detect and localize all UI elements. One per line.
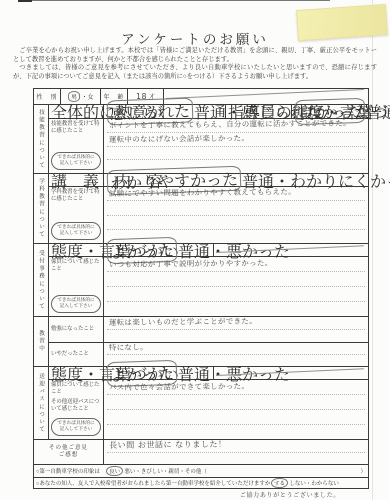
skill-freeform-row: 技能教習を受けて特に感じたこと できれば具体的に 記入して下さい ポイントを丁寧…: [49, 118, 368, 173]
impression-options-rest: 悪い・きびしい・親切・その他（: [124, 467, 207, 475]
hint-oval: できれば具体的に 記入して下さい: [51, 295, 101, 313]
section-during-training: 教習中 勉強になったこと 運転は楽しいものだと学ぶことができた。 いやだったこと…: [34, 316, 368, 366]
blank-writing-line: [107, 395, 365, 410]
during-learned-answer-area: 運転は楽しいものだと学ぶことができた。: [104, 317, 368, 342]
skill-rating-row: 全体的に熱意が 感じられた普通・感じられなかった 指導員の態度・言葉づかい 良か…: [49, 105, 368, 118]
section-reception: 受付事務について 態度・言葉づかい よかった普通・悪かった 係員について感じたこ…: [34, 243, 368, 316]
hint-line2: 記入して下さい: [54, 231, 98, 237]
strike-through-line: [216, 368, 364, 376]
other-comments-label-line2: ご感想: [59, 452, 79, 459]
reception-answer-line1: いつも対応が丁寧で説明が分かりやすかった。: [109, 257, 273, 270]
skill-answer-line1: ポイントを丁寧に教えてもらえ、自分の運転に活かすことができた。: [109, 119, 351, 131]
section-reception-label: 受付事務について: [34, 244, 49, 316]
lecture-answer-line1: 試験にでやすい問題をわかりやすく教えてもらえた。: [109, 187, 296, 199]
blank-writing-line: [107, 302, 365, 316]
referral-question: ○あなたの知人、友人で入校希望者がおられましたら第一自動車学校を紹介していただけ…: [36, 479, 270, 487]
bus-answer-area: バス内で色々会話ができて楽しかった。: [104, 380, 368, 439]
bus-freeform-row: 係員について感じたこと その他送迎バスについて感じたこと できれば具体的に 記入…: [49, 379, 368, 439]
other-comments-answer: 長い間 お世話に なりました！: [109, 440, 227, 451]
referral-row: ○あなたの知人、友人で入校希望者がおられましたら第一自動車学校を紹介していただけ…: [34, 477, 368, 488]
skill-q2-label: 指導員の態度・言葉づかい: [226, 105, 292, 118]
skill-q2-rest: 普通・よくなかった: [366, 100, 390, 123]
lecture-rating-row: 講 義 内 容 わかりやすかった普通・わかりにくかった・その他（ ）: [49, 174, 368, 186]
section-lecture-label: 学科教習について: [34, 174, 49, 243]
reception-rating-blank: [214, 244, 368, 256]
impression-selected: 良い: [106, 466, 123, 477]
section-bus-label: 送迎バスについて: [34, 367, 49, 439]
skill-q1-label: 全体的に熱意が: [49, 105, 104, 118]
referral-selected: する: [271, 478, 288, 489]
other-comments-label: その他ご意見 ご感想: [34, 440, 104, 464]
section-shuttle-bus: 送迎バスについて 態度・言葉づかい よかった普通・悪かった 係員について感じたこ…: [34, 366, 368, 439]
other-comments-row: その他ご意見 ご感想 長い間 お世話に なりました！: [34, 439, 368, 464]
lecture-q1-label: 講 義 内 容: [49, 174, 104, 186]
reception-freeform-row: 係員について感じたこと できれば具体的に 記入して下さい いつも対応が丁寧で説明…: [49, 256, 368, 316]
bus-rating-blank: [214, 367, 368, 379]
skill-q2-options: 良かった普通・よくなかった: [292, 105, 390, 118]
impression-row: ○第一自動車学校の印象は 良い 悪い・きびしい・親切・その他（ ）: [34, 464, 368, 477]
section-lecture: 学科教習について 講 義 内 容 わかりやすかった普通・わかりにくかった・その他…: [34, 173, 368, 243]
lecture-answer-area: 試験にでやすい問題をわかりやすく教えてもらえた。: [104, 187, 368, 243]
scanned-survey-page: アンケートのお願い ご卒業を心からお祝い申し上げます。本校では「皆様にご満足いた…: [0, 0, 390, 500]
hint-oval: できれば具体的に 記入して下さい: [51, 222, 101, 240]
strike-through-line: [216, 245, 364, 253]
bus-q1-options: よかった普通・悪かった: [104, 367, 214, 379]
reception-freeform-label: 係員について感じたこと できれば具体的に 記入して下さい: [49, 257, 104, 316]
skill-answer-line2: 運転中のなにげない会話が楽しかった。: [109, 133, 249, 145]
blank-writing-line: [107, 272, 365, 287]
impression-close-paren: ）: [360, 467, 366, 475]
skill-q1-options: 感じられた普通・感じられなかった: [104, 105, 226, 118]
hint-oval: できれば具体的に 記入して下さい: [51, 152, 101, 170]
other-comments-label-line1: その他ご意見: [49, 445, 88, 452]
bus-freeform-label2-text: その他送迎バスについて感じたこと: [51, 399, 101, 413]
referral-options-rest: しない・わからない: [289, 479, 339, 487]
lecture-freeform-label: 学科教習を受けて特に感じたこと できれば具体的に 記入して下さい: [49, 187, 104, 243]
closing-thanks: ご協力ありがとうございました。: [240, 490, 340, 499]
impression-question: ○第一自動車学校の印象は: [36, 467, 105, 475]
bus-q1-label: 態度・言葉づかい: [49, 367, 104, 379]
during-answer-line2: 特になし。: [109, 343, 148, 353]
reception-answer-area: いつも対応が丁寧で説明が分かりやすかった。: [104, 257, 368, 316]
hint-line2: 記入して下さい: [54, 161, 98, 167]
strike-through-line: [166, 89, 364, 99]
blank-writing-line: [107, 147, 365, 161]
skill-freeform-label-text: 技能教習を受けて特に感じたこと: [51, 121, 101, 135]
other-comments-answer-area: 長い間 お世話に なりました！: [104, 440, 368, 464]
blank-writing-line: [107, 287, 365, 302]
blank-writing-line: [107, 453, 365, 465]
hint-line2: 記入して下さい: [54, 427, 98, 433]
blank-writing-line: [107, 330, 365, 342]
blank-writing-line: [107, 425, 365, 439]
bus-freeform-label: 係員について感じたこと その他送迎バスについて感じたこと できれば具体的に 記入…: [49, 380, 104, 439]
lecture-q1-options: わかりやすかった普通・わかりにくかった・その他（ ）: [104, 174, 390, 186]
survey-form-table: 性 別 男・女 年 齢 18 才 技能教習について 全体的に熱意が 感じられた普…: [33, 88, 369, 489]
reception-q1-label: 態度・言葉づかい: [49, 244, 104, 256]
section-during-label: 教習中: [34, 317, 49, 366]
scanner-edge-artifact: [18, 0, 330, 1]
lecture-freeform-row: 学科教習を受けて特に感じたこと できれば具体的に 記入して下さい 試験にでやすい…: [49, 186, 368, 243]
skill-freeform-label: 技能教習を受けて特に感じたこと できれば具体的に 記入して下さい: [49, 119, 104, 173]
skill-answer-area: ポイントを丁寧に教えてもらえ、自分の運転に活かすことができた。 運転中のなにげな…: [104, 119, 368, 173]
blank-writing-line: [107, 410, 365, 425]
bus-rating-row: 態度・言葉づかい よかった普通・悪かった: [49, 367, 368, 379]
intro-paragraph-2: つきましては、皆様のご意見を参考にさせていただき、より良い自動車学校にいたしたい…: [13, 64, 377, 81]
during-q1-label: 勉強になったこと: [49, 317, 104, 342]
intro-paragraph-1: ご卒業を心からお祝い申し上げます。本校では「皆様にご満足いただける教習」を念頭に…: [13, 47, 377, 64]
section-skill-training: 技能教習について 全体的に熱意が 感じられた普通・感じられなかった 指導員の態度…: [34, 104, 368, 173]
hint-line2: 記入して下さい: [54, 304, 98, 310]
section-skill-label: 技能教習について: [34, 105, 49, 173]
hint-oval: できれば具体的に 記入して下さい: [51, 418, 101, 436]
intro-paragraphs: ご卒業を心からお祝い申し上げます。本校では「皆様にご満足いただける教習」を念頭に…: [13, 47, 377, 81]
during-answer-line1: 運転は楽しいものだと学ぶことができた。: [109, 317, 257, 328]
page-title: アンケートのお願い: [0, 28, 390, 48]
bus-answer-line1: バス内で色々会話ができて楽しかった。: [109, 381, 249, 393]
reception-rating-row: 態度・言葉づかい よかった普通・悪かった: [49, 244, 368, 256]
during-learned-row: 勉強になったこと 運転は楽しいものだと学ぶことができた。: [49, 317, 368, 342]
reception-q1-options: よかった普通・悪かった: [104, 244, 214, 256]
blank-writing-line: [107, 216, 365, 230]
blank-writing-line: [107, 201, 365, 215]
